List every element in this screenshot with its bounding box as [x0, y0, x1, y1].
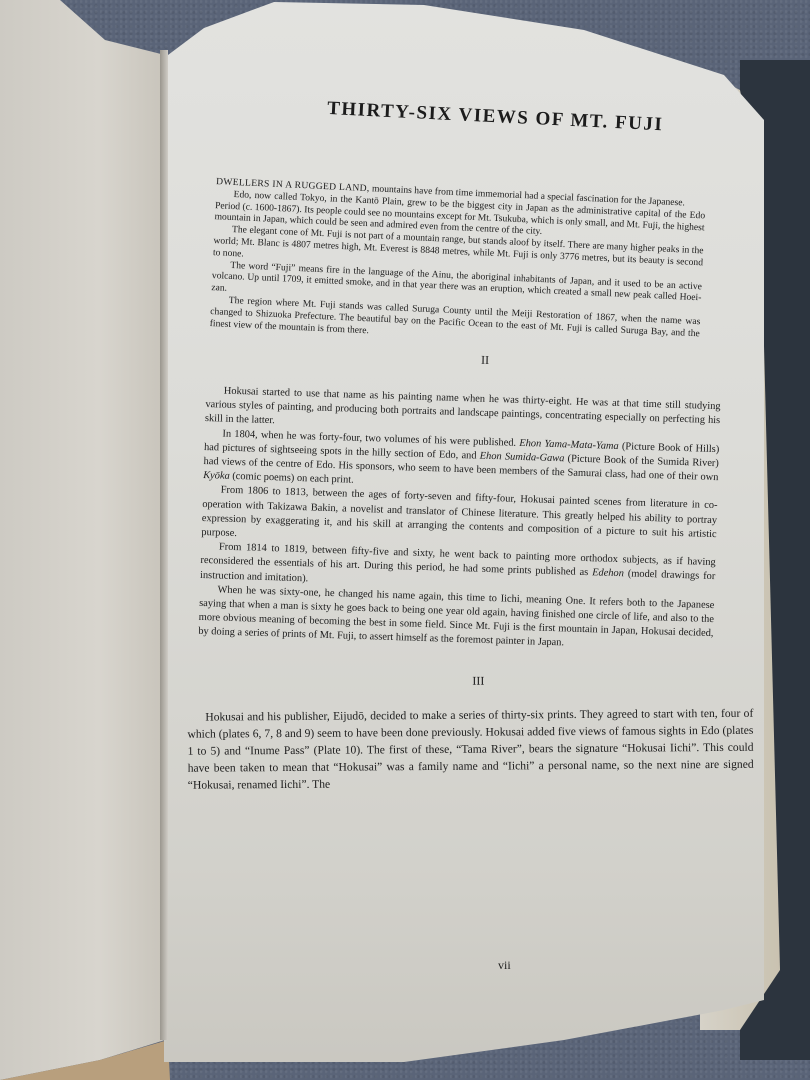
page-content: THIRTY-SIX VIEWS OF MT. FUJI DWELLERS IN…: [193, 100, 772, 806]
book-title: Ehon Sumida-Gawa: [480, 451, 565, 465]
paragraph: Hokusai and his publisher, Eijudō, decid…: [187, 705, 754, 794]
book-gutter: [160, 50, 168, 1040]
section-one: DWELLERS IN A RUGGED LAND, mountains hav…: [209, 176, 705, 351]
section-numeral: III: [196, 673, 761, 690]
term: Edehon: [592, 568, 624, 580]
term: Kyōka: [203, 471, 230, 483]
left-facing-page: [0, 0, 165, 1080]
section-three: Hokusai and his publisher, Eijudō, decid…: [187, 705, 754, 794]
section-numeral: II: [203, 347, 768, 374]
section-two: Hokusai started to use that name as his …: [198, 384, 721, 656]
page-number: vii: [498, 958, 511, 973]
book-title: Ehon Yama-Mata-Yama: [519, 438, 619, 452]
